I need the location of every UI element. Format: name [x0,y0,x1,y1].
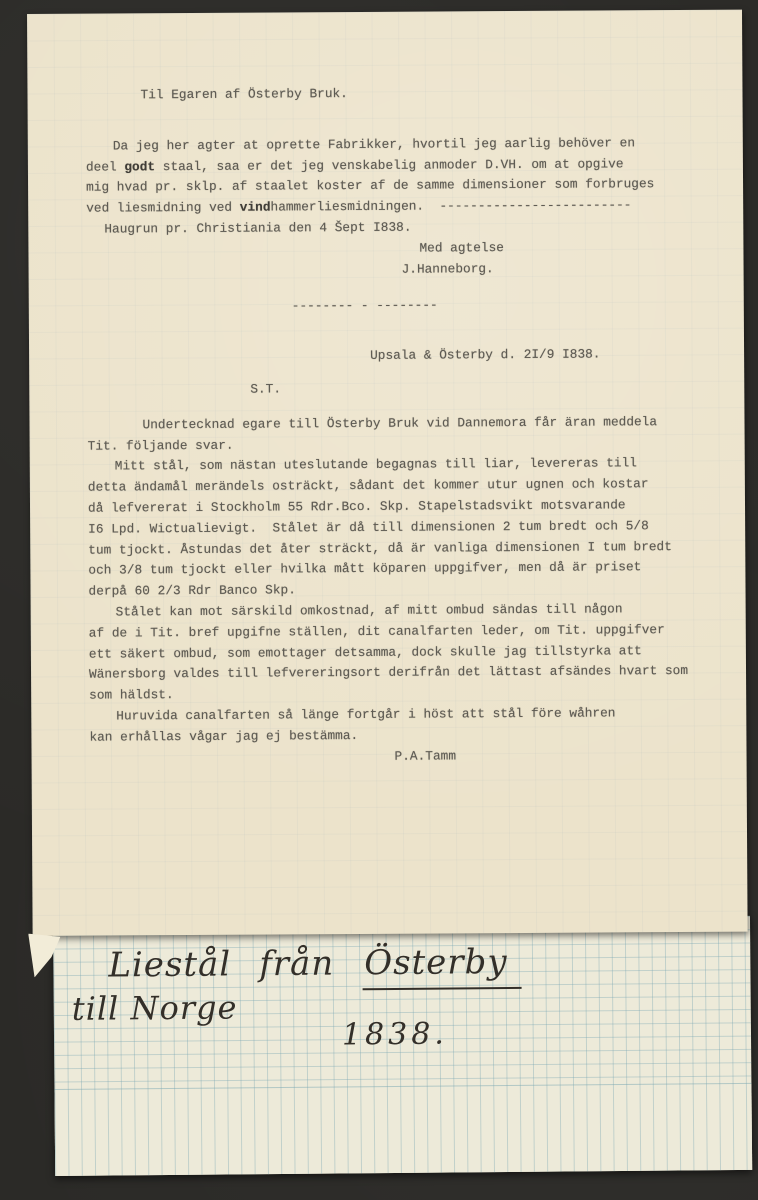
reply-dateline: Upsala & Österby d. 2I/9 I838. [370,344,744,367]
letter-line-segment: ved liesmidning ved [86,200,240,216]
overstruck-word: godt [124,159,155,174]
salutation: S.T. [250,377,744,401]
letter-signature-tamm: P.A.Tamm [394,744,746,767]
letter-signature-hanneborg: J.Hanneborg. [402,257,744,280]
typed-letter-text: Til Egaren af Österby Bruk. Da jeg her a… [27,10,747,770]
letter-line: mig hvad pr. sklp. af staalet koster af … [86,174,743,199]
letter-line: Undertecknad egare till Österby Bruk vid… [142,411,744,435]
letter-line-segment: staal, saa er det jeg venskabelig anmode… [155,156,624,174]
graph-paper-sheet: LiestålfrånÖsterby till Norge 1838. [53,916,752,1176]
handwritten-caption-year: 1838. [342,1017,448,1053]
handwritten-word: från [259,944,334,985]
typed-divider: -------- - -------- [292,294,744,318]
handwritten-word-underlined: Österby [362,942,522,990]
overstruck-word: vind [240,200,271,215]
letter-closing: Med agtelse [419,236,743,259]
letter-line: detta ändamål merändels osträckt, sådant… [88,474,745,499]
handwritten-caption-line1: LiestålfrånÖsterby [108,942,522,986]
letter-line-segment: hammerliesmidningen. -------------------… [270,197,631,214]
letter-line: Til Egaren af Österby Bruk. [140,82,742,106]
letter-line: af de i Tit. bref upgifne ställen, dit c… [89,619,746,644]
scanned-document-background: LiestålfrånÖsterby till Norge 1838. Til … [0,0,758,1200]
letter-line-segment: deel [86,159,124,174]
letter-page: Til Egaren af Österby Bruk. Da jeg her a… [27,10,748,936]
graph-paper-ruled-band [54,1083,752,1176]
handwritten-word: Liestål [108,944,231,985]
letter-line: Wänersborg valdes till lefvereringsort d… [89,661,746,686]
handwritten-caption-line2: till Norge [72,988,238,1027]
